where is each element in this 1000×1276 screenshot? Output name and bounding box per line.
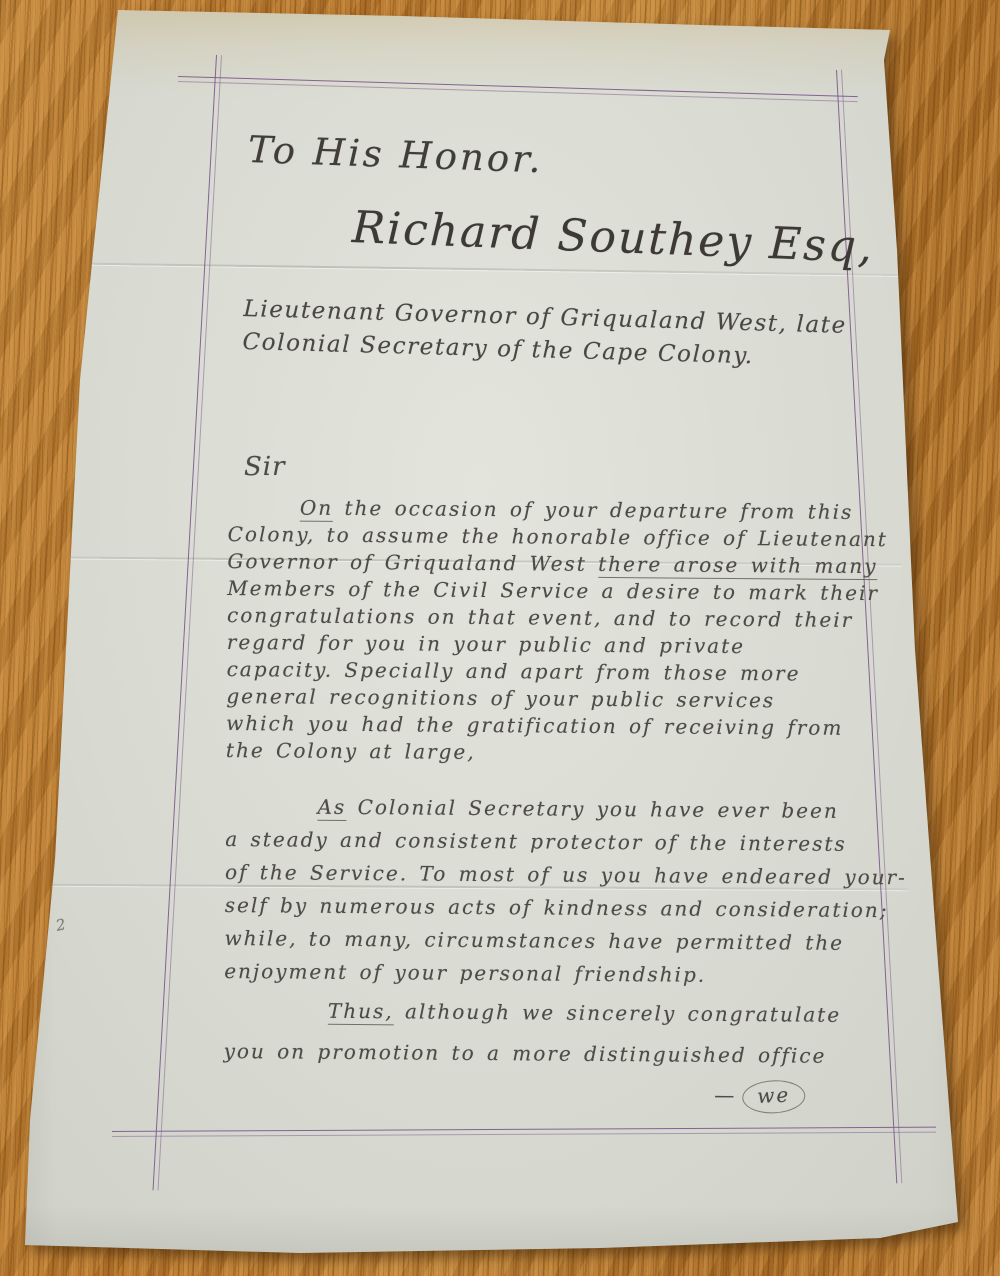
underlined-text: Thus,	[328, 999, 394, 1026]
handwritten-line: Thus, although we sincerely congratulate	[224, 990, 872, 1036]
handwritten-line: the Colony at large,	[226, 737, 874, 769]
ruled-border-bottom	[112, 1127, 936, 1137]
handwritten-text: the Colony at large,	[226, 738, 476, 764]
underlined-text: As	[317, 795, 346, 821]
catchword-dash: —	[714, 1083, 734, 1107]
handwritten-text: general recognitions of your public serv…	[226, 684, 775, 712]
paragraph: Thus, although we sincerely congratulate…	[223, 990, 872, 1077]
handwritten-text: capacity. Specially and apart from those…	[227, 657, 801, 686]
handwritten-text: Governor of Griqualand West	[227, 549, 598, 576]
handwritten-text: Colonial Secretary you have ever been	[346, 795, 839, 823]
paper-sheet: 2 To His Honor. Richard Southey Esq, Lie…	[0, 0, 1000, 1276]
handwritten-text: congratulations on that event, and to re…	[227, 603, 853, 632]
paragraph: On the occasion of your departure from t…	[226, 494, 876, 769]
handwritten-text: you on promotion to a more distinguished…	[224, 1039, 827, 1068]
recipient-titles: Lieutenant Governor of Griqualand West, …	[242, 293, 847, 376]
handwritten-line: As Colonial Secretary you have ever been	[225, 790, 873, 828]
handwritten-line: self by numerous acts of kindness and co…	[225, 889, 873, 927]
handwritten-line: of the Service. To most of us you have e…	[225, 856, 873, 894]
handwritten-text: although we sincerely congratulate	[394, 999, 842, 1027]
document-photo: 2 To His Honor. Richard Southey Esq, Lie…	[0, 0, 1000, 1276]
handwritten-line: you on promotion to a more distinguished…	[223, 1031, 871, 1077]
catchword: we	[742, 1079, 806, 1115]
handwritten-text: while, to many, circumstances have permi…	[224, 926, 844, 955]
letter-body: On the occasion of your departure from t…	[223, 494, 876, 1114]
handwritten-text: Members of the Civil Service a desire to…	[227, 576, 879, 605]
handwritten-text: which you had the gratification of recei…	[226, 711, 843, 740]
handwritten-line: while, to many, circumstances have permi…	[224, 922, 872, 960]
handwritten-text: self by numerous acts of kindness and co…	[225, 893, 889, 922]
letter-paragraphs: On the occasion of your departure from t…	[223, 494, 876, 1077]
letter-heading: To His Honor.	[247, 128, 544, 181]
margin-pencil-mark: 2	[54, 915, 67, 935]
underlined-text: there arose with many	[598, 552, 878, 580]
recipient-name: Richard Southey Esq,	[351, 202, 875, 273]
handwritten-text: of the Service. To most of us you have e…	[225, 860, 907, 889]
handwritten-text: regard for you in your public and privat…	[227, 630, 745, 658]
underlined-text: On	[300, 496, 333, 522]
ruled-border-left	[153, 55, 222, 1191]
handwritten-text: the occasion of your departure from this	[333, 496, 853, 524]
handwritten-text: enjoyment of your personal friendship.	[224, 959, 706, 987]
ruled-border-top	[178, 76, 858, 102]
handwritten-text: a steady and consistent protector of the…	[225, 827, 847, 856]
salutation: Sir	[244, 452, 286, 482]
handwritten-text: Colony, to assume the honorable office o…	[228, 522, 888, 551]
handwritten-line: a steady and consistent protector of the…	[225, 823, 873, 861]
paragraph: As Colonial Secretary you have ever been…	[224, 790, 874, 993]
catchword-line: —we	[223, 1076, 871, 1114]
handwritten-line: enjoyment of your personal friendship.	[224, 955, 872, 993]
